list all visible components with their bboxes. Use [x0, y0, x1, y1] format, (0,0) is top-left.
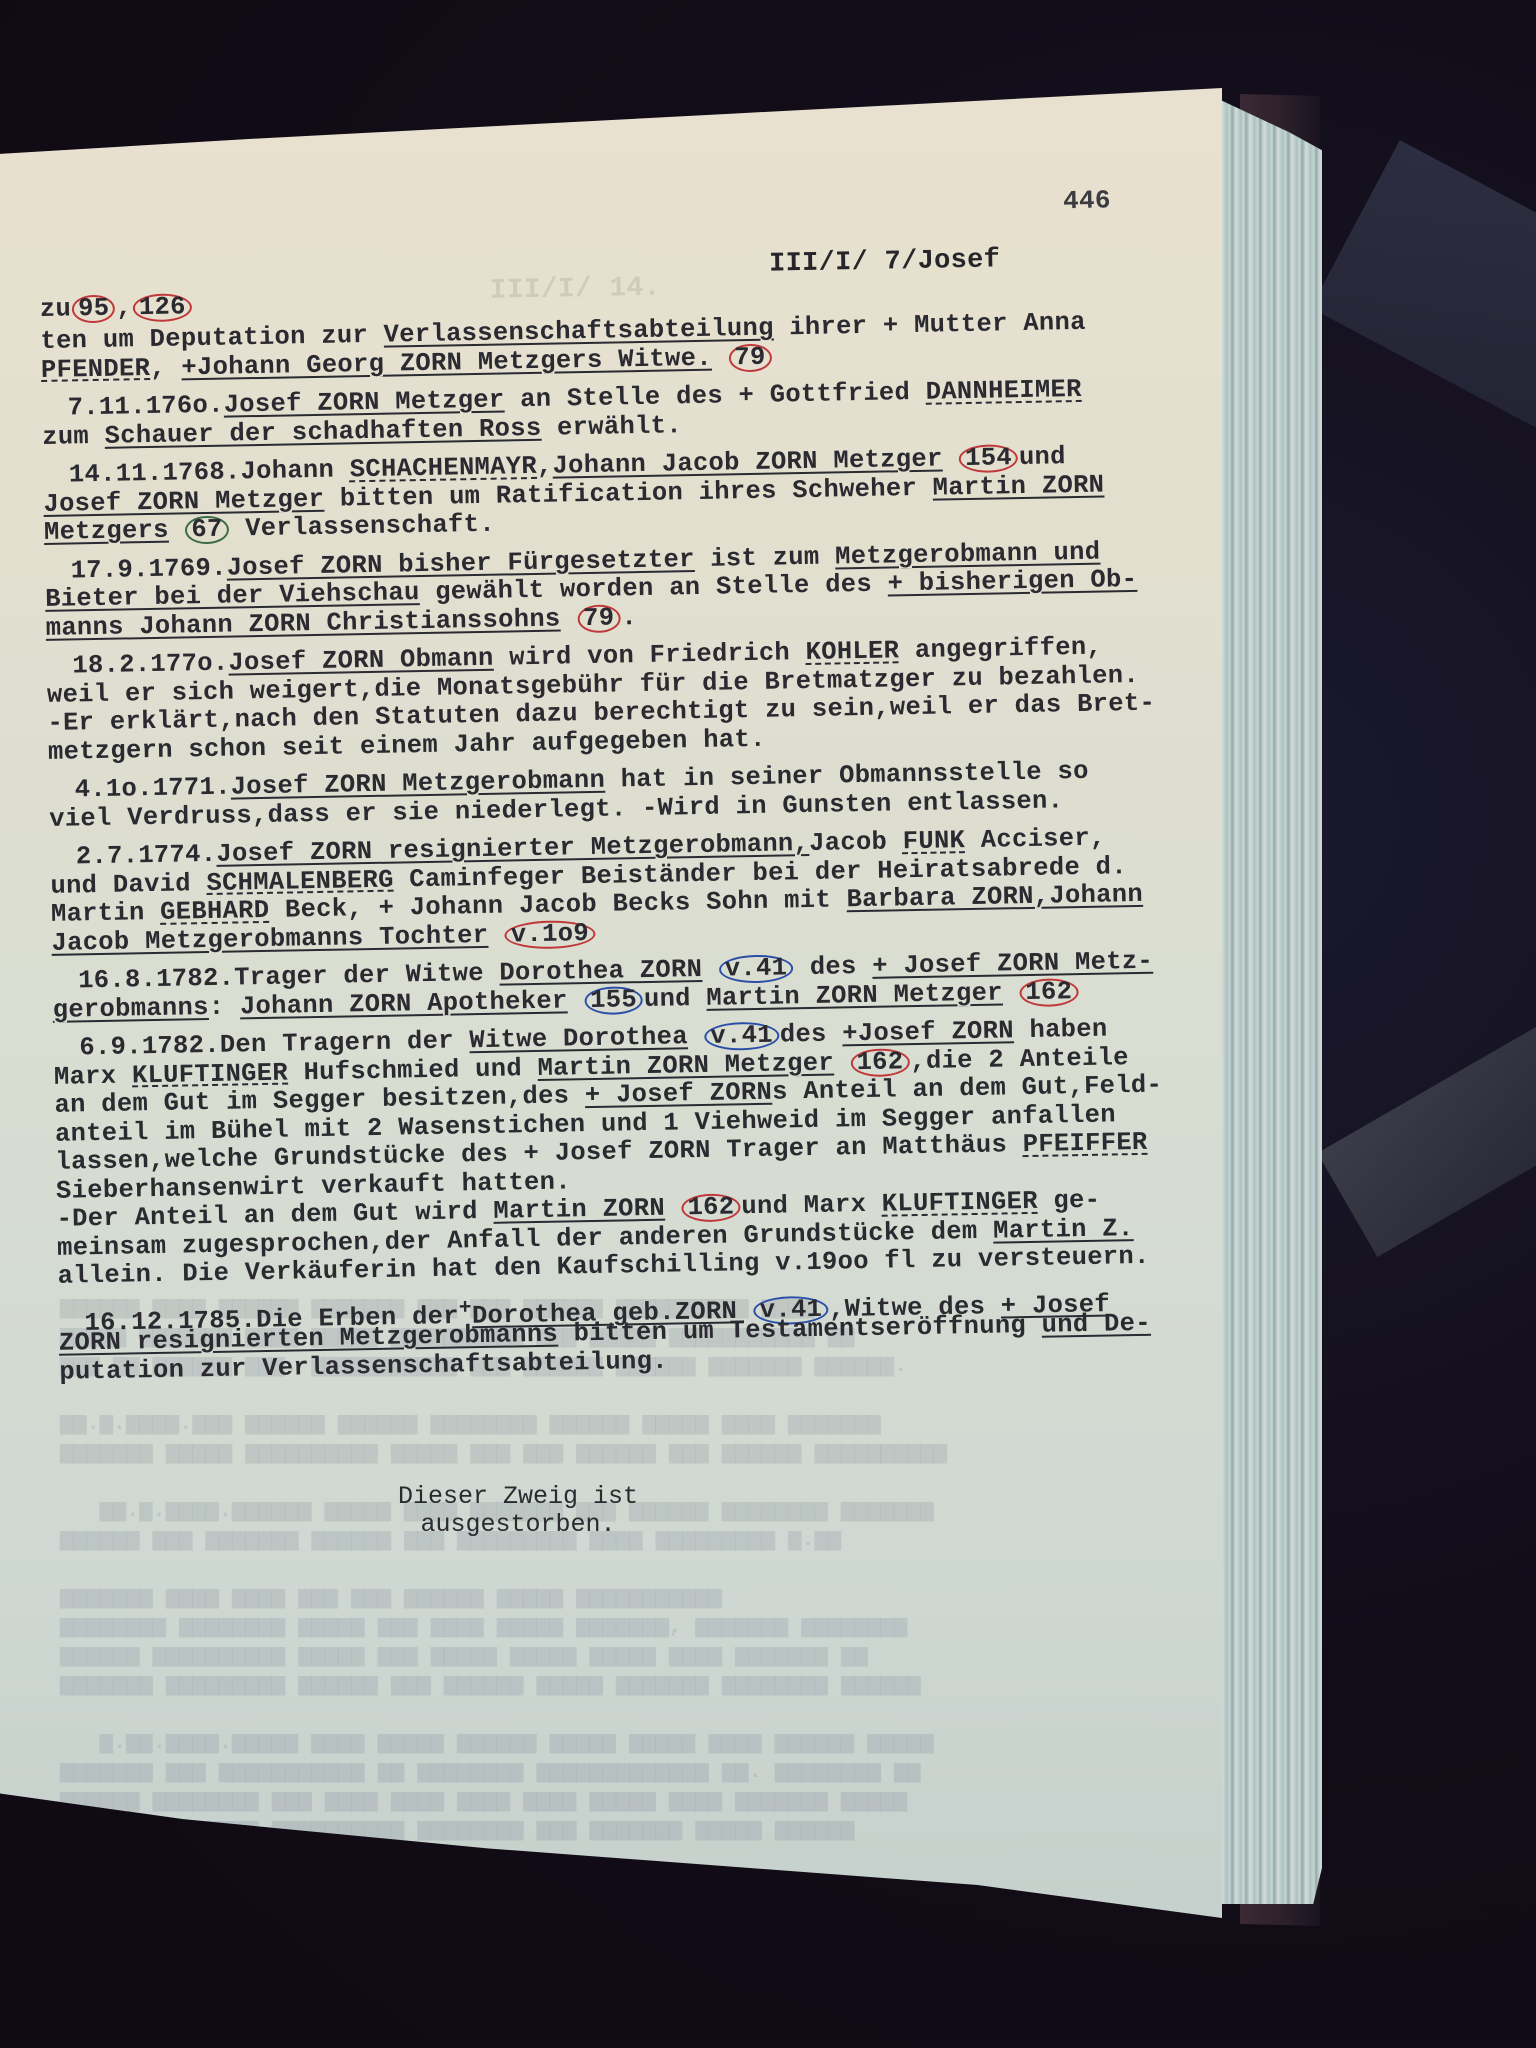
- circled-reference: v.41: [719, 954, 794, 983]
- page-number: 446: [1063, 186, 1111, 215]
- circled-reference: v.1o9: [505, 919, 596, 949]
- circled-ref-126: 126: [133, 293, 192, 322]
- surname-dashed-underline: GEBHARD: [160, 896, 270, 927]
- underlined-text: + bisherigen Ob-: [887, 565, 1137, 599]
- surname-dashed-underline: SCHACHENMAYR: [349, 452, 537, 484]
- underlined-text: Johann ZORN Apotheker: [240, 986, 568, 1021]
- entry-e1774: 2.7.1774.Josef ZORN resignierter Metzger…: [50, 822, 1232, 958]
- underlined-text: + Josef ZORN: [585, 1078, 773, 1110]
- circled-reference: 79: [577, 604, 621, 633]
- underlined-text: Martin ZORN: [932, 470, 1104, 502]
- surname-dashed-underline: FUNK: [902, 826, 965, 856]
- surname-dashed-underline: KLUFTINGER: [882, 1187, 1039, 1219]
- circled-ref-95: 95: [72, 295, 116, 324]
- background-bookmark: [1311, 140, 1536, 430]
- underlined-text: Martin ZORN: [493, 1194, 665, 1226]
- entry-e1770: 18.2.177o.Josef ZORN Obmann wird von Fri…: [46, 631, 1228, 767]
- closing-line-1: Dieser Zweig ist: [398, 1483, 638, 1511]
- underlined-text: Barbara ZORN,Johann: [846, 880, 1143, 914]
- reference-header: III/I/ 7/Josef: [769, 246, 1001, 279]
- typewritten-content: 446 III/I/ 14. III/I/ 7/Josef zu95,126 t…: [38, 184, 1218, 206]
- circled-reference: 162: [850, 1048, 909, 1077]
- underlined-text: Martin ZORN Metzger: [706, 978, 1003, 1012]
- circled-reference: 155: [584, 986, 643, 1015]
- zu-prefix: zu: [40, 294, 72, 324]
- surname-dashed-underline: KLUFTINGER: [132, 1058, 289, 1090]
- surname-dashed-underline: DANNHEIMER: [925, 375, 1082, 407]
- circled-reference: 162: [1019, 978, 1078, 1007]
- surname-dashed-underline: PFENDER: [41, 353, 151, 384]
- faint-header-show-through: III/I/ 14.: [489, 275, 661, 307]
- closing-note: Dieser Zweig ist ausgestorben.: [398, 1483, 638, 1539]
- surname-dashed-underline: KOHLER: [805, 636, 899, 667]
- underlined-text: + Josef ZORN Metz-: [872, 947, 1153, 981]
- underlined-text: Dorothea ZORN: [499, 955, 702, 988]
- page-stack-edge: [1212, 96, 1322, 1904]
- cross-mark: +: [459, 1296, 473, 1320]
- underlined-text: Metzgers: [44, 516, 169, 547]
- circled-reference: v.41: [704, 1022, 779, 1051]
- circled-reference: 79: [728, 343, 772, 372]
- book-page: ▆▆▆▆▆▆ ▆▆▆▆ ▆▆▆▆▆▆ ▆▆▆▆▆▆▆ ▆▆▆ ▆▆▆ ▆▆▆▆▆…: [0, 88, 1222, 1918]
- background-object: [1317, 1023, 1536, 1257]
- underlined-text: gerobmanns: [52, 993, 209, 1025]
- zu-reference-line: zu95,126: [40, 293, 193, 324]
- circled-reference: 162: [681, 1193, 740, 1222]
- circled-reference: 154: [959, 444, 1018, 473]
- surname-dashed-underline: SCHMALENBERG: [206, 865, 394, 897]
- entry-e1782b: 6.9.1782.Den Tragern der Witwe Dorothea …: [53, 1013, 1238, 1291]
- surname-dashed-underline: PFEIFFER: [1022, 1128, 1147, 1159]
- underlined-text: Witwe Dorothea: [469, 1022, 688, 1055]
- circled-reference: 67: [185, 516, 229, 545]
- entries-body: ten um Deputation zur Verlassenschaftsab…: [40, 306, 1239, 1396]
- closing-line-2: ausgestorben.: [398, 1511, 638, 1539]
- underlined-text: und De-: [1041, 1309, 1151, 1340]
- underlined-text: +Josef ZORN: [842, 1016, 1014, 1048]
- underlined-text: Martin Z.: [993, 1214, 1134, 1246]
